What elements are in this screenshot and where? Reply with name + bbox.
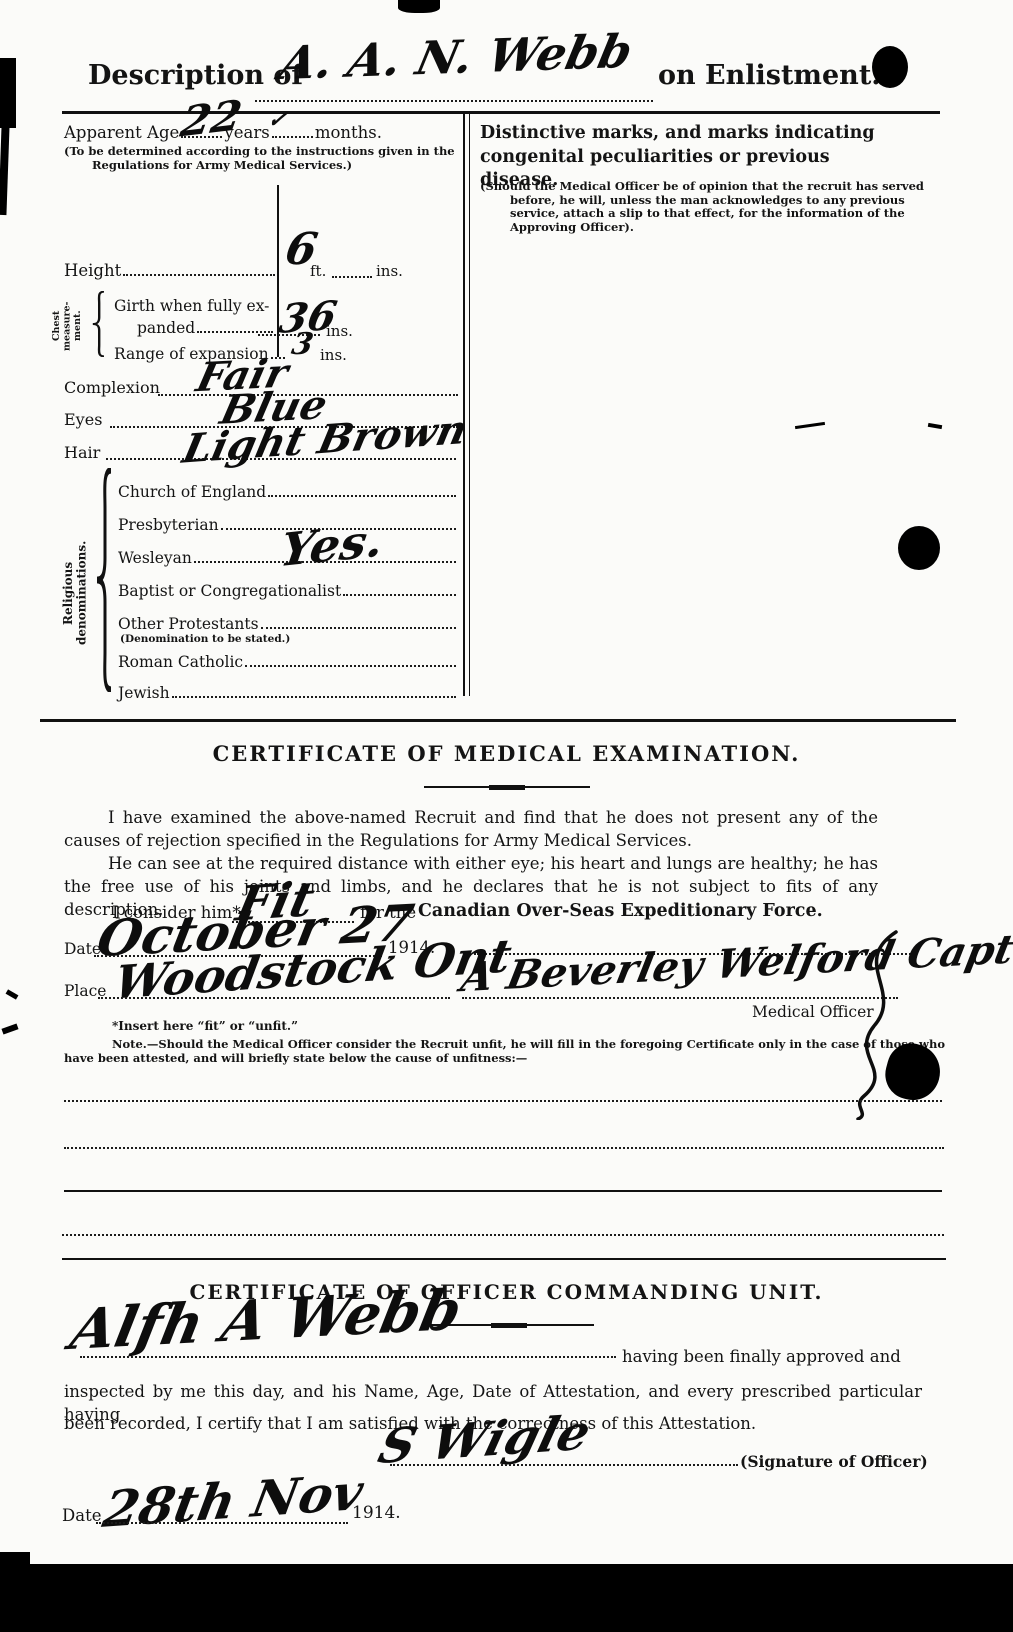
religion-label-church-of-england: Church of England: [118, 483, 266, 501]
handwritten-officer-signature: S Wigle: [374, 1409, 595, 1471]
religion-label-jewish: Jewish: [118, 684, 170, 702]
leader-dots: [332, 276, 372, 278]
chest-group-label: Chest measure- ment.: [52, 294, 84, 358]
chest-brace-decoration: [92, 291, 108, 357]
religion-row: Roman Catholic: [118, 650, 458, 671]
height-row: Height: [64, 258, 277, 280]
expeditionary-force-label: Canadian Over-Seas Expeditionary Force.: [418, 901, 823, 921]
religion-brace-decoration: [96, 468, 116, 692]
religion-label-roman-catholic: Roman Catholic: [118, 653, 243, 671]
medical-certificate-heading: CERTIFICATE OF MEDICAL EXAMINATION.: [0, 741, 1013, 766]
religion-label-other-protestants: Other Protestants: [118, 615, 259, 633]
religion-label-presbyterian: Presbyterian: [118, 516, 219, 534]
religion-group-label: Religious denominations.: [62, 512, 89, 674]
handwritten-medical-officer-signature: A Beverley Welford Capt: [458, 930, 1013, 998]
leader-dots: [197, 316, 273, 333]
religion-label-wesleyan: Wesleyan: [118, 549, 192, 567]
leader-dots: [343, 579, 456, 596]
apparent-age-note: (To be determined according to the instr…: [64, 145, 494, 172]
height-ins-label: ins.: [376, 262, 403, 280]
height-ft-label: ft.: [310, 262, 326, 280]
scan-edge-left: [0, 125, 10, 215]
handwritten-months-tick: ✓: [266, 108, 289, 131]
form-title-suffix: on Enlistment.: [658, 60, 881, 91]
blank-line: [62, 1258, 946, 1260]
medical-unfit-note: Note.—Should the Medical Officer conside…: [64, 1038, 950, 1065]
months-label: months.: [315, 123, 382, 142]
leader-dots: [390, 1464, 738, 1466]
hair-label: Hair: [64, 443, 100, 462]
leader-dots: [245, 650, 456, 667]
religion-row: Baptist or Congregationalist: [118, 579, 458, 600]
handwritten-range-value: 3: [289, 330, 315, 360]
eyes-label: Eyes: [64, 410, 102, 429]
section-rule: [40, 719, 956, 722]
leader-dots: [462, 997, 898, 999]
religion-row: Jewish: [118, 681, 458, 702]
scan-mark-top: [398, 0, 440, 13]
girth-label-line1: Girth when fully ex-: [114, 297, 269, 315]
leader-dots: [96, 1522, 348, 1524]
distinctive-marks-note: (Should the Medical Officer be of opinio…: [480, 180, 936, 234]
scan-speck: [795, 422, 825, 429]
religion-other-note: (Denomination to be stated.): [120, 633, 290, 647]
punch-hole: [872, 46, 908, 88]
signature-of-officer-label: (Signature of Officer): [740, 1452, 928, 1471]
leader-dots: [98, 997, 450, 999]
leader-dots: [80, 1356, 616, 1358]
handwritten-age-value: 22: [178, 95, 245, 144]
girth-label-line2: panded: [137, 319, 195, 337]
scan-edge-left: [0, 58, 16, 128]
handwritten-commanding-date: 28th Nov: [100, 1467, 367, 1535]
blank-line: [64, 1147, 944, 1149]
heading-rule: [424, 786, 590, 788]
scan-edge-corner: [0, 1552, 30, 1566]
title-name-underline: [255, 100, 653, 102]
handwritten-recruit-name: A. A. N. Webb: [276, 28, 637, 86]
blank-line: [64, 1190, 942, 1192]
complexion-label: Complexion: [64, 378, 160, 397]
religion-row: Other Protestants: [118, 612, 458, 633]
apparent-age-label: Apparent Age: [64, 123, 179, 142]
leader-dots: [123, 258, 275, 276]
scan-edge-bottom: [0, 1564, 1013, 1632]
commanding-line1-suffix: having been finally approved and: [622, 1347, 901, 1366]
range-ins-label: ins.: [320, 346, 347, 364]
blank-line: [64, 1100, 942, 1102]
blank-line: [62, 1234, 944, 1236]
religion-label-baptist: Baptist or Congregationalist: [118, 582, 341, 600]
leader-dots: [261, 612, 456, 629]
column-divider: [463, 114, 470, 696]
form-title-prefix: Description of: [88, 60, 303, 91]
medical-paragraph-1: I have examined the above-named Recruit …: [64, 806, 878, 852]
punch-hole: [898, 526, 940, 570]
height-label: Height: [64, 261, 121, 280]
insert-fit-note: *Insert here “fit” or “unfit.”: [112, 1020, 298, 1034]
scan-speck: [928, 423, 942, 429]
scan-speck: [1, 1023, 18, 1034]
leader-dots: [172, 681, 456, 698]
girth-ins-label: ins.: [326, 322, 353, 340]
girth-label-line2-row: panded: [137, 316, 275, 337]
leader-dots: [268, 480, 456, 497]
commanding-date-year: 1914.: [352, 1503, 401, 1523]
scanned-attestation-form: Description of A. A. N. Webb on Enlistme…: [0, 0, 1013, 1632]
scan-speck: [6, 989, 19, 999]
handwritten-religion-value: Yes.: [278, 517, 387, 573]
religion-row: Church of England: [118, 480, 458, 501]
